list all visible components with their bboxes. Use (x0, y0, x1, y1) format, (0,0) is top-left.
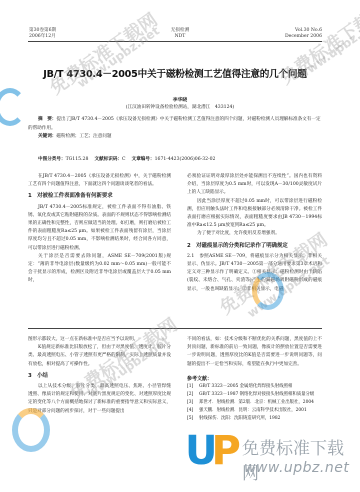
abstract-label: 摘 要： (38, 117, 56, 122)
site-name: 免费标准下载网 (242, 434, 360, 484)
section-2-paragraph: 2.1 参照ASME SE－709，将磁痕显示分为相关显示、非相关显示、伪显示。… (187, 253, 322, 294)
paragraph: 因此当涂层厚度不超过0.05 mm时，可以带涂层进行磁粉检测，但应用触头法时工件… (187, 198, 322, 231)
body-column-3: 图形示都较大。这一点在新标准中是否应当予以说明。 K值规定新标准比旧版放松了，但… (28, 336, 171, 416)
paragraph: 不同的看法，如：技术分级和不断优化的关系问题，黑度值的上不封顶问题，新标准的前后… (187, 336, 322, 369)
doc-code-label: 文献标识码： (94, 157, 122, 162)
reference-item: [1]GB/T 3323－2005 金属熔化焊焊接头射线照相 (187, 383, 322, 391)
section-1-paragraph: 关于涂层是否需要去除问题，ASME SE－709(2001版)规定：“薄的非导电… (28, 253, 171, 286)
section-1-paragraph: JB/T 4730.4－2005标准规定，被检工件表面不得有油脂、铁锈、氧化皮或… (28, 204, 171, 253)
doc-code-value: C (122, 157, 126, 162)
article-no-value: 1671-4423(2006)06-32-02 (155, 157, 216, 162)
issue-date-en: December 2006 (285, 34, 322, 40)
journal-volume-en: Vol.30 No.6 December 2006 (285, 28, 322, 40)
section-3-paragraph: 以上从技术分级、胶片分类、最高透照电压、焦距、小径管焊缝透照、像质计的规定和使用… (28, 383, 171, 416)
paragraph: 为了便于对比度，允许使用反差增强剂。 (187, 230, 322, 238)
clc-value: TG115.28 (66, 157, 89, 162)
affiliation: (江汉油田转钟设备检验检测站，湖北潜江 433124) (0, 104, 360, 110)
keywords-text: 磁粉检测；工艺；注意问题 (56, 134, 111, 139)
abstract-text: 提出了JB/T 4730.4－2005《承压设备无损检测》中关于磁粉检测工艺值得… (28, 117, 321, 131)
clc-label: 中图分类号： (38, 157, 66, 162)
classification-line: 中图分类号：TG115.28 文献标识码：C 文章编号：1671-4423(20… (38, 156, 215, 162)
keywords: 关键词：磁粉检测；工艺；注意问题 (28, 133, 322, 142)
section-3-heading: 3 小结 (28, 372, 171, 380)
paper-page: 第30卷第6期 2006年12月 无损检测 NDT Vol.30 No.6 De… (0, 0, 360, 492)
paragraph: K值规定新标准比旧版放松了，但由于对黑度值、透度计、胶片分类、最高透照电压、小管… (28, 344, 171, 369)
up-logo-icon: UP (185, 428, 235, 474)
author: 李华晓 (0, 96, 360, 103)
references-heading: 参考文献： (187, 375, 322, 383)
page-divider (28, 328, 322, 329)
reference-item: [2]GB/T 3323－1987 钢熔化焊对接接头射线照相和质量分级 (187, 391, 322, 399)
article-no-label: 文章编号： (132, 157, 155, 162)
intro-paragraph: 在JB/T 4730.4－2005《承压设备无损检测》中，关于磁粉检测工艺有四个… (28, 173, 171, 189)
watermark-text: 免费标准下载网 (44, 6, 162, 100)
body-column-2: 必须验证证明对最厚涂层处亦能探测出不连续性”。国内也有资料介绍，当涂层厚度为0.… (187, 173, 322, 294)
site-logo-watermark: UP 免费标准下载网 www.upbz.net (180, 420, 360, 492)
reference-item: [4]强天鹏．射线检测．昆明：云南科学技术出版社，2001 (187, 407, 322, 415)
paragraph: 必须验证证明对最厚涂层处亦能探测出不连续性”。国内也有资料介绍，当涂层厚度为0.… (187, 173, 322, 198)
abstract-block: 摘 要：提出了JB/T 4730.4－2005《承压设备无损检测》中关于磁粉检测… (28, 116, 322, 142)
abstract: 摘 要：提出了JB/T 4730.4－2005《承压设备无损检测》中关于磁粉检测… (28, 116, 322, 133)
keywords-label: 关键词： (38, 134, 56, 139)
header-divider (28, 41, 322, 42)
body-column-1: 在JB/T 4730.4－2005《承压设备无损检测》中，关于磁粉检测工艺有四个… (28, 173, 171, 286)
section-1-heading: 1 对被检工件表面准备有何新要求 (28, 192, 171, 200)
section-2-heading: 2 对磁痕显示的分类和记录作了明确规定 (187, 242, 322, 250)
paragraph: 图形示都较大。这一点在新标准中是否应当予以说明。 (28, 336, 171, 344)
paper-title: JB/T 4730.4－2005中关于磁粉检测工艺值得注意的几个问题 (28, 66, 322, 80)
reference-item: [3]郑世才．射线检测．第2版．北京：机械工业出版社，2004 (187, 399, 322, 407)
site-url: www.upbz.net (244, 460, 349, 476)
body-column-4: 不同的看法，如：技术分级和不断优化的关系问题，黑度值的上不封顶问题，新标准的前后… (187, 336, 322, 423)
